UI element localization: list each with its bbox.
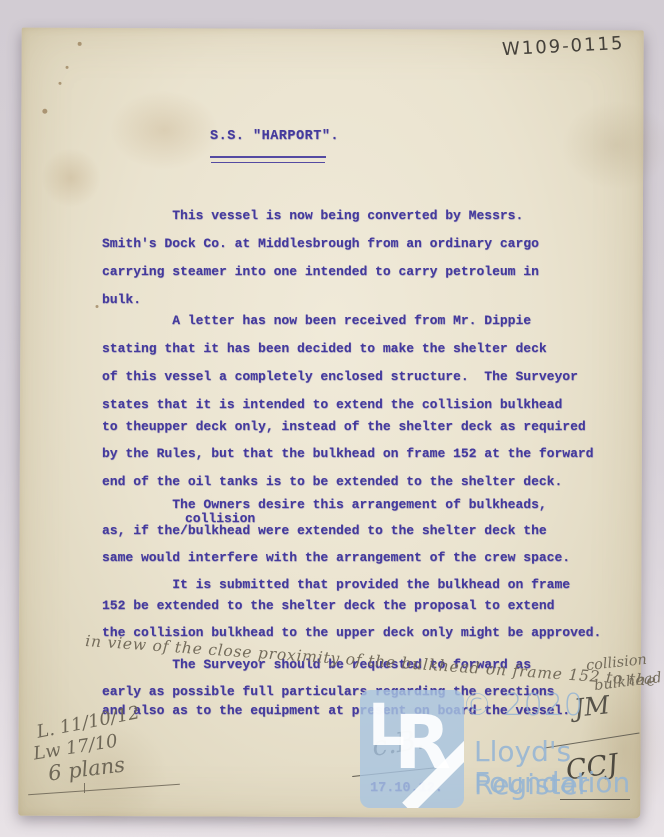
typed-line: and also as to the equipment at present …	[102, 703, 570, 718]
photographed-document: W109-0115 S.S. "HARPORT". This vessel is…	[0, 0, 664, 837]
typed-line: stating that it has been decided to make…	[102, 341, 547, 356]
typed-line: 152 be extended to the shelter deck the …	[102, 598, 554, 613]
paper-speck	[95, 305, 98, 308]
document-title: S.S. "HARPORT".	[210, 129, 339, 144]
typed-line: early as possible full particulars regar…	[102, 684, 554, 699]
paper-stain	[109, 90, 219, 170]
typed-line: states that it is intended to extend the…	[102, 397, 562, 412]
typed-line: The Owners desire this arrangement of bu…	[102, 497, 547, 512]
paper-stain	[561, 100, 664, 190]
paper-speck	[78, 42, 82, 46]
typed-line: bulk.	[102, 292, 141, 307]
paper-speck	[66, 66, 69, 69]
typed-line: Smith's Dock Co. at Middlesbrough from a…	[102, 236, 539, 251]
typed-line: This vessel is now being converted by Me…	[102, 208, 523, 223]
paper-speck	[58, 82, 61, 85]
typed-line: A letter has now been received from Mr. …	[102, 313, 531, 328]
typed-line: carrying steamer into one intended to ca…	[102, 264, 539, 279]
typed-line: same would interfere with the arrangemen…	[102, 550, 570, 565]
paper-speck	[42, 109, 47, 114]
typed-line: to theupper deck only, instead of the sh…	[102, 419, 586, 434]
paper-stain	[41, 148, 101, 208]
lloyds-register-logo-watermark: L R	[360, 690, 464, 808]
docket-underline-tick	[84, 783, 88, 793]
typed-line: It is submitted that provided the bulkhe…	[102, 577, 570, 592]
initials-top: JM	[573, 690, 611, 723]
typed-line: by the Rules, but that the bulkhead on f…	[102, 446, 593, 461]
typed-line: of this vessel a completely enclosed str…	[102, 369, 578, 384]
title-underline	[210, 156, 326, 162]
typed-line: end of the oil tanks is to be extended t…	[102, 474, 562, 489]
initials-underline	[560, 799, 630, 800]
typed-line: as, if the/bulkhead were extended to the…	[102, 523, 547, 538]
